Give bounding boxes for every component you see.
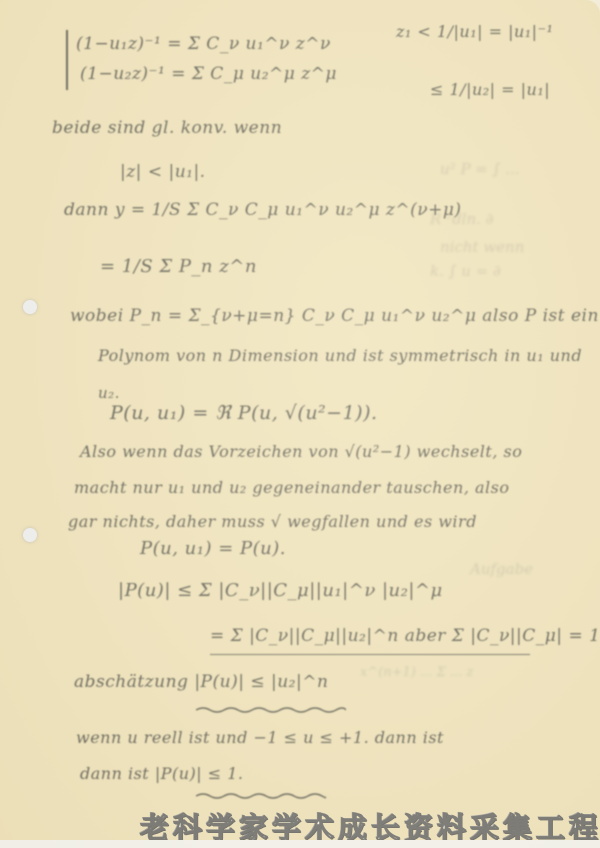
- text-line: macht nur u₁ und u₂ gegeneinander tausch…: [74, 478, 509, 497]
- equation-line: dann y = 1/S Σ C_ν C_μ u₁^ν u₂^μ z^(ν+μ): [64, 200, 462, 220]
- system-brace: [66, 30, 68, 90]
- wavy-underline: [196, 792, 326, 800]
- manuscript-page: u² P = ∫ ... R ²dln. ∂ nicht wenn k. ∫ u…: [0, 0, 600, 848]
- equation-line: = Σ |C_ν||C_μ||u₂|^n aber Σ |C_ν||C_μ| =…: [210, 626, 600, 646]
- text-line: wenn u reell ist und −1 ≤ u ≤ +1. dann i…: [76, 728, 444, 747]
- text-line: abschätzung |P(u)| ≤ |u₂|^n: [74, 672, 328, 692]
- equation-line: (1−u₂z)⁻¹ = Σ C_μ u₂^μ z^μ: [80, 64, 337, 84]
- equation-line: |P(u)| ≤ Σ |C_ν||C_μ||u₁|^ν |u₂|^μ: [118, 580, 443, 601]
- text-line: Polynom von n Dimension und ist symmetri…: [98, 346, 582, 365]
- punch-hole-bottom: [23, 528, 37, 542]
- bottom-margin: [0, 840, 600, 848]
- equation-line: |z| < |u₁|.: [120, 162, 206, 182]
- bleed-through-text: k. ∫ u = ∂: [430, 262, 501, 280]
- text-line: wobei P_n = Σ_{ν+μ=n} C_ν C_μ u₁^ν u₂^μ …: [70, 306, 599, 326]
- equation-line: P(u, u₁) = P(u).: [140, 538, 286, 559]
- equation-line: = 1/S Σ P_n z^n: [100, 256, 257, 277]
- wavy-underline: [196, 706, 346, 714]
- text-line: Also wenn das Vorzeichen von √(u²−1) wec…: [80, 442, 522, 461]
- bleed-through-text: nicht wenn: [440, 238, 524, 256]
- text-line: dann ist |P(u)| ≤ 1.: [80, 764, 244, 783]
- underline: [210, 654, 530, 655]
- margin-note: z₁ < 1/|u₁| = |u₁|⁻¹: [396, 22, 553, 41]
- equation-line: (1−u₁z)⁻¹ = Σ C_ν u₁^ν z^ν: [76, 34, 331, 54]
- bleed-through-text: Aufgabe: [470, 560, 533, 578]
- bleed-through-text: u² P = ∫ ...: [440, 160, 520, 178]
- punch-hole-top: [23, 300, 37, 314]
- text-line: u₂.: [98, 384, 120, 402]
- bleed-through-text: x^(n+1) ... Σ ... z: [360, 665, 473, 680]
- text-line: gar nichts, daher muss √ wegfallen und e…: [68, 512, 477, 531]
- text-line: beide sind gl. konv. wenn: [52, 118, 282, 138]
- margin-note: ≤ 1/|u₂| = |u₁|: [430, 80, 550, 99]
- equation-line: P(u, u₁) = ℜ P(u, √(u²−1)).: [110, 402, 378, 424]
